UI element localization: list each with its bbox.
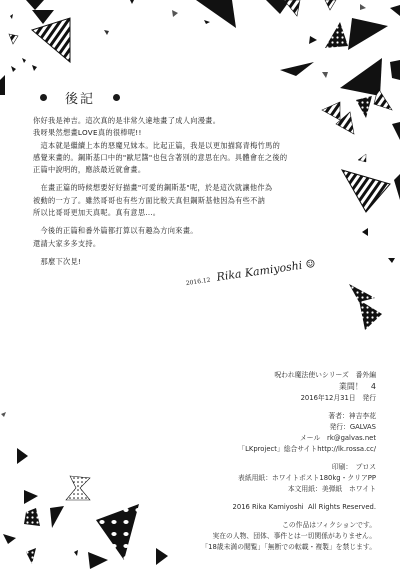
colophon: 呪われ魔法使いシリーズ 番外編 業間！ 4 2016年12月31日 発行 著者：… [126,370,376,553]
bullet-dot-icon [40,94,47,101]
website-link: 「LKproject」総合サイトhttp://lk.rossa.cc/ [126,444,376,455]
afterword-paragraph: 我呀果然想畫LOVE真的很棒呢!! [33,127,333,139]
afterword-paragraph: 今後的正篇和番外篇都打算以有趣為方向來畫。 還請大家多多支持。 [33,225,333,250]
bullet-dot-icon [113,94,120,101]
afterword-paragraph: 這本就是繼續上本的惡魔兄妹本。比起正篇，我是以更加描寫青梅竹馬的 感覺來畫的。鋼… [33,140,333,177]
disclaimer-notice: 実在の人物、団体、事件とは一切関係がありません。 [126,531,376,542]
cover-paper: 表紙用紙：ホワイトポスト180kg・クリアPP [126,473,376,484]
restriction-notice: 「18歳未満の閲覧」「無断での転載・複製」を禁じます。 [126,542,376,553]
fiction-notice: この作品はフィクションです。 [126,520,376,531]
smiley-icon: ☺ [305,257,317,271]
book-title: 業間！ 4 [126,381,376,393]
afterword-heading: 後記 [40,86,333,108]
body-paper: 本文用紙：美弾紙 ホワイト [126,484,376,495]
afterword-title: 後記 [65,88,95,107]
printer-credit: 印刷： プロス [126,462,376,473]
series-name: 呪われ魔法使いシリーズ 番外編 [126,370,376,381]
afterword-paragraph: 在畫正篇的時候想要好好描畫"可愛的鋼斯基"呢，於是這次就讓他作為 被動的一方了。… [33,182,333,219]
signature-date: 2016.12 [185,277,211,287]
top-left-bunting [0,0,109,95]
copyright: 2016 Rika Kamiyoshi All Rights Reserved. [126,502,376,513]
contact-email: メール rk@galvas.net [126,433,376,444]
afterword-section: 後記 你好我是神吉。這次真的是非常久違地畫了成人向漫畫。 我呀果然想畫LOVE真… [33,86,333,268]
right-bowtie [349,284,382,330]
publisher-credit: 発行：GALVAS [126,422,376,433]
author-credit: 著者：神吉李花 [126,411,376,422]
publish-date: 2016年12月31日 発行 [126,393,376,404]
top-center-bunting [130,0,236,28]
afterword-paragraph: 你好我是神吉。這次真的是非常久違地畫了成人向漫畫。 [33,115,333,127]
